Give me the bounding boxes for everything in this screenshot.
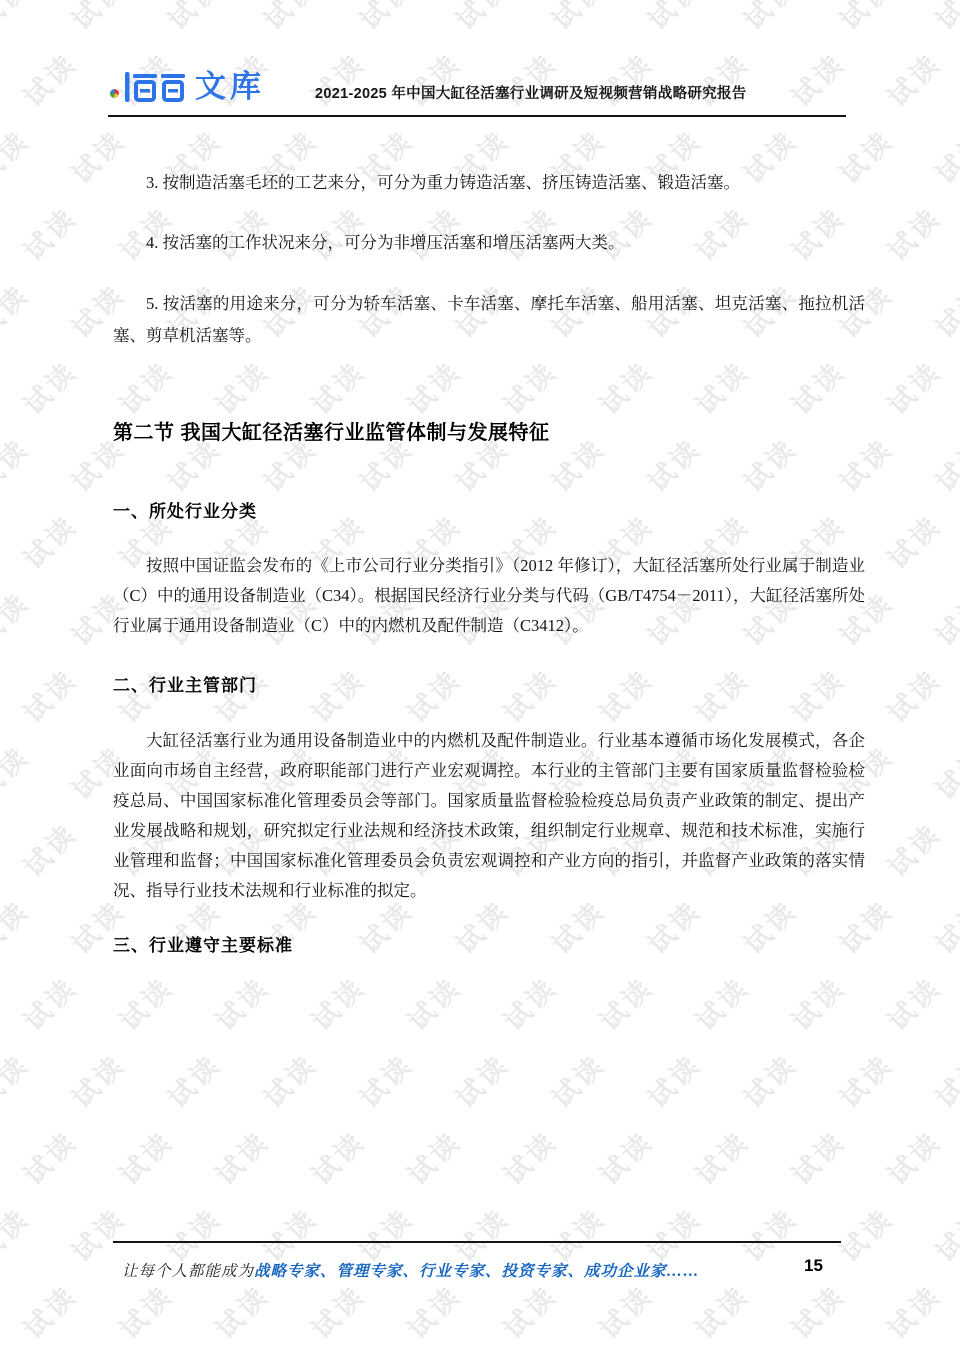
logo-dot-icon (110, 89, 119, 98)
page-content: 文库 2021-2025 年中国大缸径活塞行业调研及短视频营销战略研究报告 3.… (0, 0, 960, 1357)
page-number: 15 (804, 1256, 823, 1276)
subsection-heading-2: 二、行业主管部门 (113, 671, 257, 696)
document-page: 试读试读试读试读试读试读试读试读试读试读试读试读试读试读试读试读试读试读试读试读… (0, 0, 960, 1357)
subsection-paragraph-2: 大缸径活塞行业为通用设备制造业中的内燃机及配件制造业。行业基本遵循市场化发展模式… (113, 726, 865, 906)
footer-slogan-prefix: 让每个人都能成为 (122, 1263, 254, 1280)
section-title: 第二节 我国大缸径活塞行业监管体制与发展特征 (113, 416, 550, 445)
list-item-4: 4. 按活塞的工作状况来分，可分为非增压活塞和增压活塞两大类。 (113, 228, 865, 258)
footer-divider (113, 1241, 841, 1243)
footer-slogan: 让每个人都能成为战略专家、管理专家、行业专家、投资专家、成功企业家…… (122, 1259, 700, 1281)
subsection-paragraph-1: 按照中国证监会发布的《上市公司行业分类指引》（2012 年修订），大缸径活塞所处… (113, 551, 865, 641)
subsection-heading-1: 一、所处行业分类 (113, 497, 257, 522)
subsection-heading-3: 三、行业遵守主要标准 (113, 931, 293, 956)
report-header-title: 2021-2025 年中国大缸径活塞行业调研及短视频营销战略研究报告 (315, 82, 747, 103)
list-item-3: 3. 按制造活塞毛坯的工艺来分，可分为重力铸造活塞、挤压铸造活塞、锻造活塞。 (113, 168, 865, 198)
brand-logo: 文库 (110, 60, 265, 112)
list-item-5: 5. 按活塞的用途来分，可分为轿车活塞、卡车活塞、摩托车活塞、船用活塞、坦克活塞… (113, 288, 865, 352)
logo-squares-icon (123, 64, 189, 108)
footer-slogan-highlight: 战略专家、管理专家、行业专家、投资专家、成功企业家…… (254, 1263, 700, 1280)
header-divider (108, 115, 846, 117)
logo-brand-text: 文库 (195, 71, 265, 102)
